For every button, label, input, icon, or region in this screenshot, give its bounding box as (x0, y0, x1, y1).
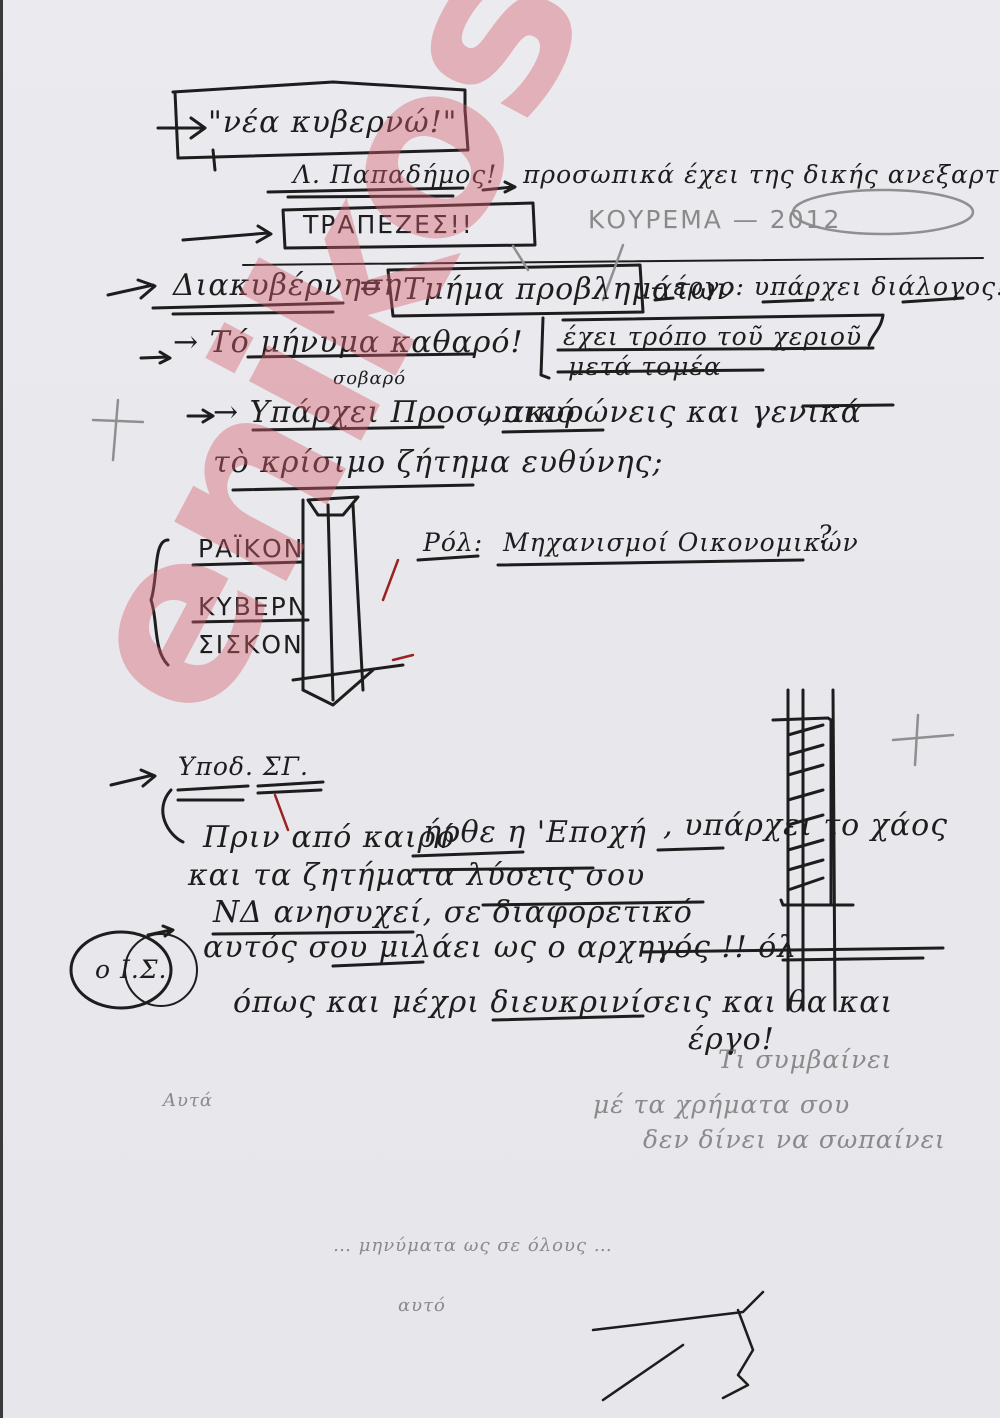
list-item-3: ΣΙΣΚΟΝ (198, 630, 304, 659)
message-line: → Τό μήνυμα καθαρό! (173, 325, 524, 360)
arrow-icon (158, 118, 205, 138)
pencil-note: ΚΟΥΡΕΜΑ — 2012 (588, 205, 841, 234)
handwritten-sketch-layer (3, 0, 1000, 1418)
bracket-text-2: μετά τομέα (568, 352, 722, 381)
arrow-icon (148, 926, 173, 936)
bracket-text-1: έχει τρόπο τοῦ χεριοῦ (563, 322, 862, 351)
paragraph-2: και τα ζητήματα λύσεις σου (188, 858, 645, 893)
role-label: Ρόλ: (423, 528, 483, 557)
paragraph-4: αυτός σου μιλάει ως ο αρχηγός !! όλ (203, 930, 797, 965)
faint-note-1: Τι συμβαίνει (718, 1045, 893, 1074)
faint-bottom-note-2: αυτό (398, 1295, 446, 1316)
role-value: Μηχανισμοί Οικονομικών (503, 528, 859, 557)
faint-left-note: Αυτά (163, 1090, 213, 1111)
small-above-note: σοβαρό (333, 368, 406, 389)
title-note: "νέα κυβερνώ!" (208, 105, 457, 140)
exists-line-2: , ακυρώνεις και γενικά (483, 395, 862, 430)
faint-note-3: δεν δίνει να σωπαίνει (643, 1125, 946, 1154)
equals-sign: = (358, 268, 384, 303)
circled-initials: ο Ι.Σ. (95, 955, 167, 984)
list-item-1: ΡΑΪΚΟΝ (198, 534, 304, 563)
arrow-icon (108, 280, 155, 298)
paragraph-5: όπως και μέχρι διευκρινίσεις και θα και (233, 985, 893, 1020)
name-note: Λ. Παπαδήμος! (293, 160, 497, 189)
pencil-cross-mark (93, 400, 143, 460)
paragraph-1b: ήρθε η 'Εποχή (423, 815, 647, 850)
scanned-page: "νέα κυβερνώ!" Λ. Παπαδήμος! ΤΡΑΠΕΖΕΣ!! … (0, 0, 1000, 1418)
paragraph-1a: Πριν από καιρό (203, 820, 455, 855)
faint-note-2: μέ τα χρήματα σου (593, 1090, 850, 1119)
banks-note: ΤΡΑΠΕΖΕΣ!! (303, 210, 474, 239)
paragraph-1c: , υπάρχει το χάος (663, 808, 948, 843)
faint-bottom-note-1: … μηνύματα ως σε όλους … (333, 1235, 613, 1256)
paragraph-3: ΝΔ ανησυχεί, σε διαφορετικό (213, 895, 693, 930)
question-line: τὸ κρίσιμο ζήτημα ευθύνης; (213, 445, 663, 480)
watermark-tld: .gr (397, 0, 800, 41)
arrow-icon (183, 226, 271, 242)
pencil-cross-mark (893, 715, 953, 765)
section-label: Υποδ. ΣΓ. (178, 752, 309, 781)
governance-right-note: – έργο: υπάρχει διάλογος! (651, 272, 1000, 301)
arrow-icon (188, 410, 213, 422)
top-right-note: προσωπικά έχει της δικής ανεξαρτησίας! (523, 160, 1000, 189)
role-question-mark: ? (818, 520, 832, 549)
arrow-icon (141, 352, 170, 363)
list-item-2: ΚΥΒΕΡΝ (198, 592, 308, 621)
arrow-icon (111, 770, 155, 786)
